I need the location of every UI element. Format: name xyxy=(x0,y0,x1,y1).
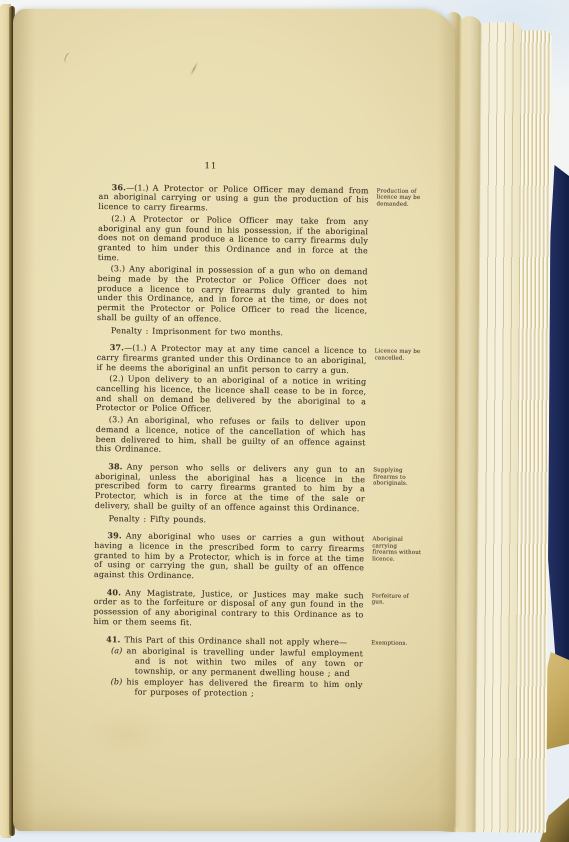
clause-number: (3.) xyxy=(109,415,124,424)
paragraph: 38.Any person who sells or delivers any … xyxy=(95,462,366,514)
section-number: 36. xyxy=(112,182,126,192)
paragraph: (2.)A Protector or Police Officer may ta… xyxy=(98,214,369,266)
margin-note: Licence may be cancelled. xyxy=(375,349,425,363)
list-item-a: (a)an aboriginal is travelling under law… xyxy=(93,646,363,678)
paragraph: 41.This Part of this Ordinance shall not… xyxy=(93,634,363,647)
section-number: 41. xyxy=(106,634,120,644)
paragraph: (2.)Upon delivery to an aboriginal of a … xyxy=(96,374,366,416)
section-number: 37. xyxy=(110,342,124,352)
paragraph-text: Any person who sells or delivers any gun… xyxy=(95,462,366,513)
paragraph-text: Any aboriginal in possession of a gun wh… xyxy=(97,265,368,324)
clause-number: (2.) xyxy=(109,375,124,384)
section-39: Aboriginal carrying firearms without lic… xyxy=(94,531,365,583)
book-photograph: 11 Production of licence may be demanded… xyxy=(0,0,569,842)
clause-number: —(1.) xyxy=(124,344,147,353)
item-label: (a) xyxy=(111,646,123,655)
section-37: Licence may be cancelled. 37.—(1.)A Prot… xyxy=(95,343,366,457)
item-text: an aboriginal is travelling under lawful… xyxy=(126,647,363,678)
item-text: his employer has delivered the firearm t… xyxy=(126,678,362,698)
paper-stain xyxy=(83,709,173,759)
section-41: Exemptions. 41.This Part of this Ordinan… xyxy=(92,634,363,700)
paragraph-text: Upon delivery to an aboriginal of a noti… xyxy=(96,375,366,414)
list-item-b: (b)his employer has delivered the firear… xyxy=(92,677,362,700)
section-number: 38. xyxy=(108,461,122,471)
section-number: 40. xyxy=(107,587,121,597)
pencil-mark xyxy=(63,52,76,66)
page-edge-band xyxy=(516,31,552,833)
margin-note: Aboriginal carrying firearms without lic… xyxy=(372,537,422,564)
paragraph-text: A Protector or Police Officer may take f… xyxy=(98,214,369,262)
paragraph: 40.Any Magistrate, Justice, or Justices … xyxy=(93,588,363,630)
margin-note: Forfeiture of gun. xyxy=(372,593,422,607)
page: 11 Production of licence may be demanded… xyxy=(13,9,455,831)
paragraph-text: Any Magistrate, Justice, or Justices may… xyxy=(93,588,363,627)
item-label: (b) xyxy=(111,678,123,687)
penalty-line: Penalty : Imprisonment for two months. xyxy=(111,326,367,339)
penalty-line: Penalty : Fifty pounds. xyxy=(109,514,365,527)
paragraph: 39.Any aboriginal who uses or carries a … xyxy=(94,531,365,583)
fore-edge-page-stack xyxy=(440,6,552,837)
margin-note: Production of licence may be demanded. xyxy=(376,188,426,208)
clause-number: (3.) xyxy=(111,264,126,273)
paragraph: (3.)An aboriginal, who refuses or fails … xyxy=(95,415,365,457)
clause-number: (2.) xyxy=(111,214,126,223)
margin-note: Supplying firearms to aboriginals. xyxy=(373,467,423,487)
section-40: Forfeiture of gun. 40.Any Magistrate, Ju… xyxy=(93,588,363,630)
section-38: Supplying firearms to aboriginals. 38.An… xyxy=(95,462,366,527)
paragraph-text: An aboriginal, who refuses or fails to d… xyxy=(95,416,365,455)
page-edge-band xyxy=(476,22,522,832)
paragraph-text: This Part of this Ordinance shall not ap… xyxy=(124,635,347,647)
text-block: 11 Production of licence may be demanded… xyxy=(92,161,369,708)
paragraph-text: Any aboriginal who uses or carries a gun… xyxy=(94,532,365,581)
page-number: 11 xyxy=(99,161,323,173)
section-36: Production of licence may be demanded. 3… xyxy=(97,183,369,339)
scratch-mark xyxy=(189,61,198,76)
paragraph: 36.—(1.)A Protector or Police Officer ma… xyxy=(98,183,368,215)
paragraph: (3.)Any aboriginal in possession of a gu… xyxy=(97,264,368,326)
clause-number: —(1.) xyxy=(126,183,149,192)
section-number: 39. xyxy=(107,530,121,540)
paragraph: 37.—(1.)A Protector may at any time canc… xyxy=(96,343,366,375)
margin-note: Exemptions. xyxy=(371,640,421,647)
